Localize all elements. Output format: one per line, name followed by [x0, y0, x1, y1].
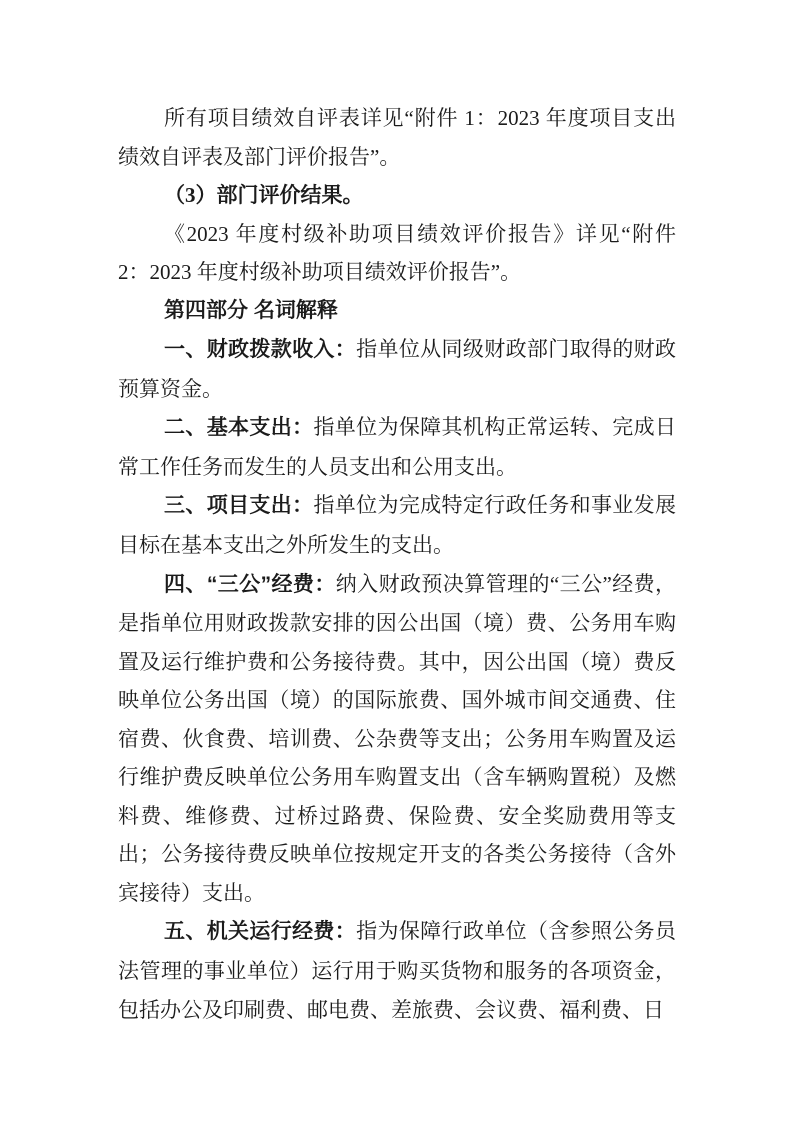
paragraph-village-subsidy-report: 《2023 年度村级补助项目绩效评价报告》详见“附件 2：2023 年度村级补助…: [118, 215, 676, 292]
section-heading-part4-glossary: 第四部分 名词解释: [118, 292, 676, 331]
document-body: 所有项目绩效自评表详见“附件 1：2023 年度项目支出绩效自评表及部门评价报告…: [118, 99, 676, 1029]
paragraph-term-agency-operating-funds: 五、机关运行经费：指为保障行政单位（含参照公务员法管理的事业单位）运行用于购买货…: [118, 912, 676, 1029]
document-page: 所有项目绩效自评表详见“附件 1：2023 年度项目支出绩效自评表及部门评价报告…: [0, 0, 793, 1122]
term-label: 四、“三公”经费：: [164, 573, 336, 596]
term-definition: 纳入财政预决算管理的“三公”经费，是指单位用财政拨款安排的因公出国（境）费、公务…: [118, 572, 676, 905]
term-label: 一、财政拨款收入：: [164, 338, 356, 361]
section-heading-text: 第四部分 名词解释: [164, 299, 338, 322]
paragraph-text: 所有项目绩效自评表详见“附件 1：2023 年度项目支出绩效自评表及部门评价报告…: [118, 106, 676, 169]
paragraph-term-project-expenditure: 三、项目支出：指单位为完成特定行政任务和事业发展目标在基本支出之外所发生的支出。: [118, 486, 676, 564]
term-label: 二、基本支出：: [164, 416, 313, 439]
paragraph-term-three-public-funds: 四、“三公”经费：纳入财政预决算管理的“三公”经费，是指单位用财政拨款安排的因公…: [118, 565, 676, 913]
paragraph-dept-eval-result-heading: （3）部门评价结果。: [118, 176, 676, 215]
term-label: 五、机关运行经费：: [164, 920, 356, 943]
paragraph-term-basic-expenditure: 二、基本支出：指单位为保障其机构正常运转、完成日常工作任务而发生的人员支出和公用…: [118, 408, 676, 486]
term-label: 三、项目支出：: [164, 494, 313, 517]
paragraph-text: 《2023 年度村级补助项目绩效评价报告》详见“附件 2：2023 年度村级补助…: [118, 222, 676, 285]
paragraph-term-fiscal-appropriation-income: 一、财政拨款收入：指单位从同级财政部门取得的财政预算资金。: [118, 330, 676, 408]
paragraph-text: （3）部门评价结果。: [164, 183, 364, 207]
paragraph-self-eval-tables: 所有项目绩效自评表详见“附件 1：2023 年度项目支出绩效自评表及部门评价报告…: [118, 99, 676, 176]
